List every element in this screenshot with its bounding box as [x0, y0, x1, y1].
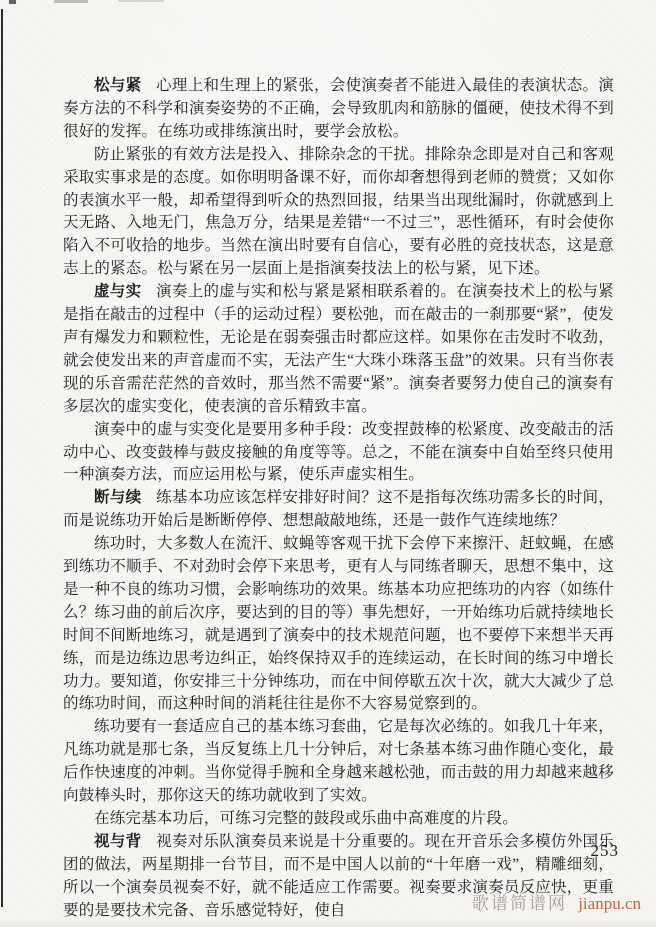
paragraph-text: 练功时，大多数人在流汗、蚊蝇等客观干扰下会停下来擦汗、赶蚊蝇，在感到练功不顺手、… — [63, 535, 614, 712]
paragraph: 防止紧张的有效方法是投入、排除杂念的干扰。排除杂念即是对自己和客观采取实事求是的… — [63, 144, 614, 281]
scan-artifact — [118, 0, 164, 2]
paragraph-text: 防止紧张的有效方法是投入、排除杂念的干扰。排除杂念即是对自己和客观采取实事求是的… — [63, 146, 614, 278]
paragraph-text: 在练完基本功后，可练习完整的鼓段或乐曲中高难度的片段。 — [94, 810, 518, 827]
paragraph: 练功时，大多数人在流汗、蚊蝇等客观干扰下会停下来擦汗、赶蚊蝇，在感到练功不顺手、… — [63, 533, 614, 716]
paragraph-heading: 断与续 — [94, 489, 141, 506]
book-page: 松与紧心理上和生理上的紧张，会使演奏者不能进入最佳的表演状态。演奏方法的不科学和… — [0, 0, 656, 927]
paragraph-text: 演奏上的虚与实和松与紧是紧相联系着的。在演奏技术上的松与紧是指在敲击的过程中（手… — [63, 283, 614, 415]
scan-artifact — [9, 0, 16, 4]
paragraph-text: 演奏中的虚与实变化是要用多种手段：改变捏鼓棒的松紧度、改变敲击的活动中心、改变鼓… — [63, 421, 614, 484]
page-text: 松与紧心理上和生理上的紧张，会使演奏者不能进入最佳的表演状态。演奏方法的不科学和… — [63, 75, 614, 923]
paragraph: 松与紧心理上和生理上的紧张，会使演奏者不能进入最佳的表演状态。演奏方法的不科学和… — [63, 75, 614, 144]
watermark-url: jianpu.cn — [578, 894, 641, 913]
paragraph-text: 练功要有一套适应自己的基本练习套曲，它是每次必练的。如我几十年来，凡练功就是那七… — [63, 718, 614, 804]
paragraph: 断与续练基本功应该怎样安排好时间？这不是指每次练功需多长的时间，而是说练功开始后… — [63, 487, 614, 533]
page-edge-line — [1, 9, 3, 907]
paragraph: 练功要有一套适应自己的基本练习套曲，它是每次必练的。如我几十年来，凡练功就是那七… — [63, 716, 614, 808]
paragraph-heading: 松与紧 — [94, 77, 141, 94]
watermark: 歌谱简谱网 jianpu.cn — [472, 889, 641, 914]
paragraph-text: 练基本功应该怎样安排好时间？这不是指每次练功需多长的时间，而是说练功开始后是断断… — [63, 489, 614, 529]
paragraph: 演奏中的虚与实变化是要用多种手段：改变捏鼓棒的松紧度、改变敲击的活动中心、改变鼓… — [63, 419, 614, 488]
paragraph: 在练完基本功后，可练习完整的鼓段或乐曲中高难度的片段。 — [63, 808, 614, 831]
page-number: 253 — [591, 841, 620, 861]
watermark-site-name: 歌谱简谱网 — [472, 894, 567, 913]
paragraph: 虚与实演奏上的虚与实和松与紧是紧相联系着的。在演奏技术上的松与紧是指在敲击的过程… — [63, 281, 614, 418]
paragraph-heading: 虚与实 — [94, 283, 141, 300]
scan-artifact — [0, 919, 656, 927]
paragraph-text: 心理上和生理上的紧张，会使演奏者不能进入最佳的表演状态。演奏方法的不科学和演奏姿… — [63, 77, 614, 140]
scan-artifact — [54, 0, 88, 3]
paragraph-heading: 视与背 — [94, 833, 141, 850]
